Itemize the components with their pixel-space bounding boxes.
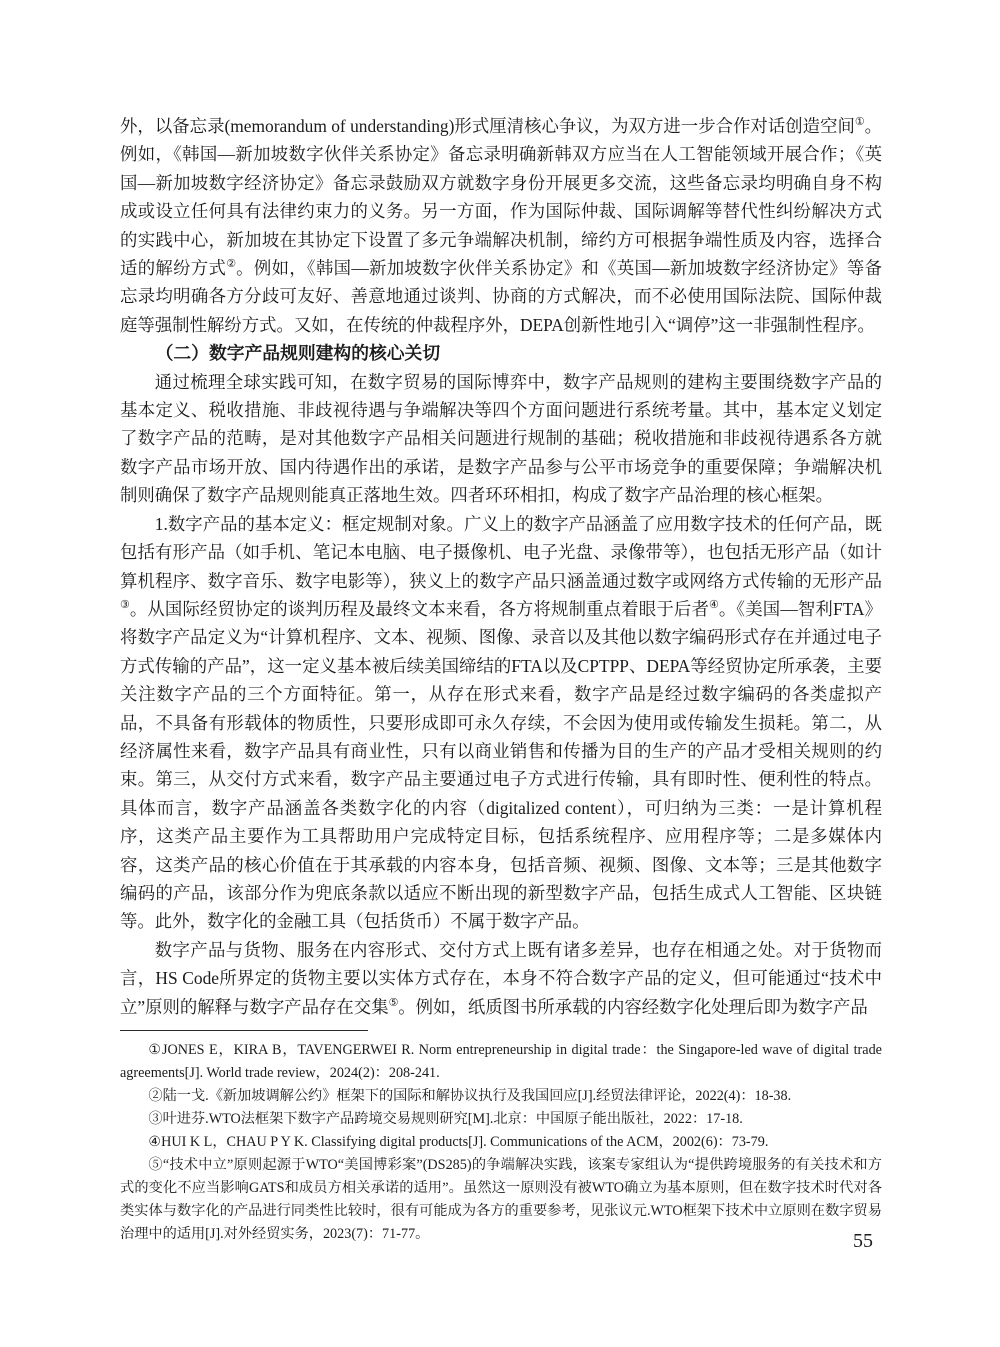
footnote-text: HUI K L，CHAU P Y K. Classifying digital …: [161, 1134, 768, 1150]
footnote-reference-mark: ②: [226, 258, 236, 270]
footnote-reference-mark: ③: [120, 599, 130, 611]
section-heading: （二）数字产品规则建构的核心关切: [120, 339, 882, 367]
footnote-text: 陆一戈.《新加坡调解公约》框架下的国际和解协议执行及我国回应[J].经贸法律评论…: [163, 1088, 792, 1104]
footnote: ③叶进芬.WTO法框架下数字产品跨境交易规则研究[M].北京：中国原子能出版社，…: [120, 1108, 882, 1131]
footnote-reference-mark: ④: [709, 599, 719, 611]
footnote-marker: ③: [148, 1111, 162, 1127]
footnote-marker: ⑤: [148, 1157, 162, 1173]
footnote: ⑤“技术中立”原则起源于WTO“美国博彩案”(DS285)的争端解决实践，该案专…: [120, 1154, 882, 1246]
article-body: 外，以备忘录(memorandum of understanding)形式厘清核…: [120, 112, 882, 1027]
footnote-marker: ①: [148, 1042, 162, 1058]
footnote-marker: ④: [148, 1134, 161, 1150]
body-paragraph: 数字产品与货物、服务在内容形式、交付方式上既有诸多差异，也存在相通之处。对于货物…: [120, 936, 882, 1021]
footnote: ④HUI K L，CHAU P Y K. Classifying digital…: [120, 1131, 882, 1154]
footnote-divider: [120, 1030, 368, 1031]
body-paragraph: 通过梳理全球实践可知，在数字贸易的国际博弈中，数字产品规则的建构主要围绕数字产品…: [120, 368, 882, 510]
journal-page: 外，以备忘录(memorandum of understanding)形式厘清核…: [0, 0, 1000, 1347]
footnote-reference-mark: ⑤: [389, 997, 399, 1009]
body-paragraph: 外，以备忘录(memorandum of understanding)形式厘清核…: [120, 112, 882, 339]
footnote-text: JONES E，KIRA B，TAVENGERWEI R. Norm entre…: [120, 1042, 882, 1081]
footnote-text: 叶进芬.WTO法框架下数字产品跨境交易规则研究[M].北京：中国原子能出版社，2…: [163, 1111, 743, 1127]
body-paragraph: 1.数字产品的基本定义：框定规制对象。广义上的数字产品涵盖了应用数字技术的任何产…: [120, 510, 882, 936]
footnote-marker: ②: [148, 1088, 162, 1104]
footnote-text: “技术中立”原则起源于WTO“美国博彩案”(DS285)的争端解决实践，该案专家…: [120, 1157, 882, 1242]
footnote: ②陆一戈.《新加坡调解公约》框架下的国际和解协议执行及我国回应[J].经贸法律评…: [120, 1085, 882, 1108]
footnotes-section: ①JONES E，KIRA B，TAVENGERWEI R. Norm entr…: [120, 1039, 882, 1246]
page-number: 55: [843, 1230, 883, 1253]
footnote: ①JONES E，KIRA B，TAVENGERWEI R. Norm entr…: [120, 1039, 882, 1085]
footnote-reference-mark: ①: [855, 116, 865, 128]
